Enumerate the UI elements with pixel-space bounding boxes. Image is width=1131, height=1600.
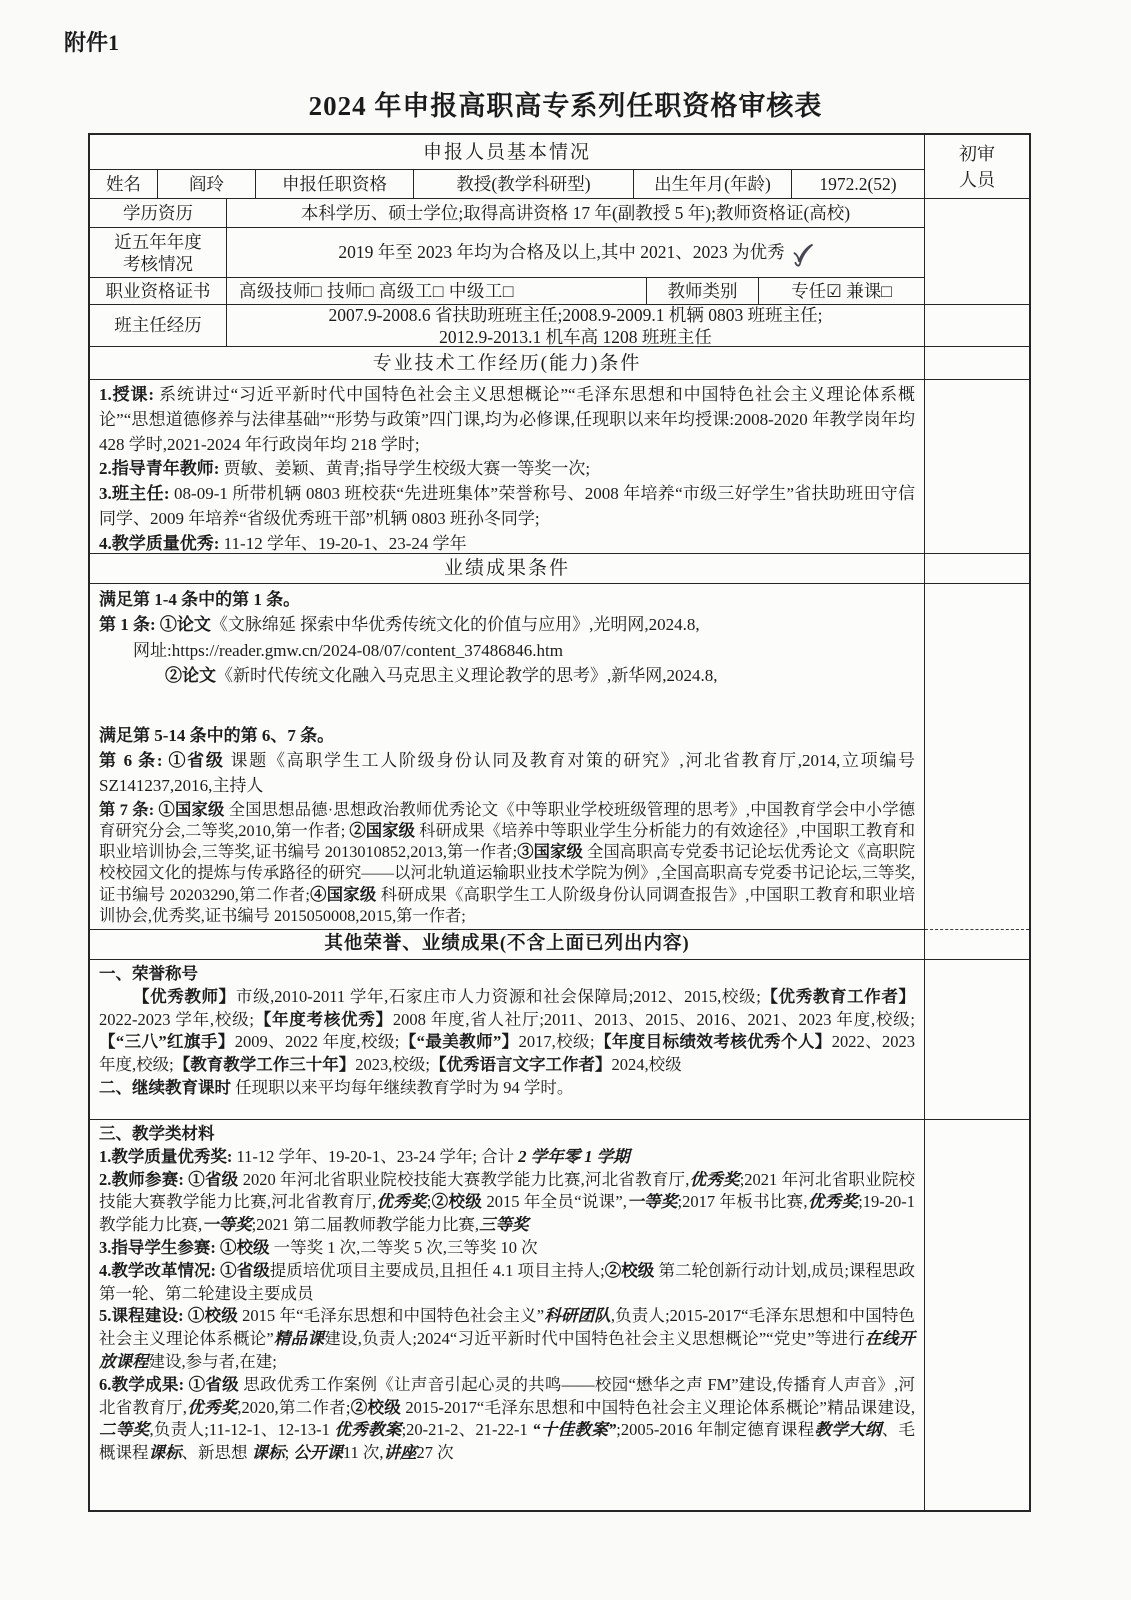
scanned-form-page: 附件1 2024 年申报高职高专系列任职资格审核表 申报人员基本情况 姓名 阎玲… [0, 0, 1131, 1600]
vocational-cert-options: 高级技师□ 技师□ 高级工□ 中级工□ [227, 278, 647, 304]
row-other-header: 其他荣誉、业绩成果(不含上面已列出内容) [90, 930, 924, 960]
row-teaching-materials-content: 三、教学类材料1.教学质量优秀奖: 11-12 学年、19-20-1、23-24… [90, 1120, 924, 1510]
teaching-materials-content: 三、教学类材料1.教学质量优秀奖: 11-12 学年、19-20-1、23-24… [90, 1120, 924, 1510]
paragraph: ②论文《新时代传统文化融入马克思主义理论教学的思考》,新华网,2024.8, [99, 663, 915, 688]
assessment-label: 近五年年度 考核情况 [90, 228, 227, 277]
birth-label: 出生年月(年龄) [634, 170, 792, 198]
qualification-review-table: 申报人员基本情况 姓名 阎玲 申报任职资格 教授(教学科研型) 出生年月(年龄)… [88, 133, 1031, 1512]
education-value: 本科学历、硕士学位;取得高讲资格 17 年(副教授 5 年);教师资格证(高校) [227, 199, 924, 227]
paragraph: 【优秀教师】市级,2010-2011 学年,石家庄市人力资源和社会保障局;201… [99, 986, 915, 1077]
professional-content: 1.授课: 系统讲过“习近平新时代中国特色社会主义思想概论”“毛泽东思想和中国特… [90, 380, 924, 553]
homeroom-value: 2007.9-2008.6 省扶助班班主任;2008.9-2009.1 机辆 0… [227, 305, 924, 346]
paragraph: 3.指导学生参赛: ①校级 一等奖 1 次,二等奖 5 次,三等奖 10 次 [99, 1237, 915, 1260]
homeroom-label: 班主任经历 [90, 305, 227, 346]
paragraph: 3.班主任: 08-09-1 所带机辆 0803 班校获“先进班集体”荣誉称号、… [99, 482, 915, 532]
row-vocational-cert: 职业资格证书 高级技师□ 技师□ 高级工□ 中级工□ 教师类别 专任☑ 兼课□ [90, 278, 924, 305]
row-professional-header: 专业技术工作经历(能力)条件 [90, 347, 924, 380]
paragraph [99, 689, 915, 723]
paragraph: 第 1 条: ①论文《文脉绵延 探索中华优秀传统文化的价值与应用》,光明网,20… [99, 612, 915, 637]
paragraph: 4.教学改革情况: ①省级提质培优项目主要成员,且担任 4.1 项目主持人;②校… [99, 1260, 915, 1306]
handwritten-check-icon [789, 239, 814, 275]
table-main-column: 申报人员基本情况 姓名 阎玲 申报任职资格 教授(教学科研型) 出生年月(年龄)… [90, 135, 924, 1510]
attachment-label: 附件1 [64, 26, 119, 57]
paragraph: 1.教学质量优秀奖: 11-12 学年、19-20-1、23-24 学年; 合计… [99, 1146, 915, 1169]
education-label: 学历资历 [90, 199, 227, 227]
professional-section-title: 专业技术工作经历(能力)条件 [90, 347, 924, 379]
review-empty-cell-7 [925, 930, 1029, 960]
other-section-title: 其他荣誉、业绩成果(不含上面已列出内容) [90, 930, 924, 959]
row-education: 学历资历 本科学历、硕士学位;取得高讲资格 17 年(副教授 5 年);教师资格… [90, 199, 924, 228]
honors-content: 一、荣誉称号【优秀教师】市级,2010-2011 学年,石家庄市人力资源和社会保… [90, 960, 924, 1119]
paragraph: 第 7 条: ①国家级 全国思想品德·思想政治教师优秀论文《中等职业学校班级管理… [99, 799, 915, 926]
paragraph: 一、荣誉称号 [99, 963, 915, 986]
paragraph: 满足第 1-4 条中的第 1 条。 [99, 587, 915, 612]
paragraph: 5.课程建设: ①校级 2015 年“毛泽东思想和中国特色社会主义”科研团队,负… [99, 1305, 915, 1373]
paragraph: 网址:https://reader.gmw.cn/2024-08/07/cont… [99, 638, 915, 663]
paragraph: 1.授课: 系统讲过“习近平新时代中国特色社会主义思想概论”“毛泽东思想和中国特… [99, 383, 915, 457]
page-title: 2024 年申报高职高专系列任职资格审核表 [0, 84, 1131, 123]
post-label: 申报任职资格 [256, 170, 414, 198]
teacher-type-value: 专任☑ 兼课□ [759, 278, 924, 304]
review-empty-cell-9 [925, 1120, 1029, 1510]
vocational-cert-label: 职业资格证书 [90, 278, 227, 304]
row-assessment: 近五年年度 考核情况 2019 年至 2023 年均为合格及以上,其中 2021… [90, 228, 924, 278]
birth-value: 1972.2(52) [792, 170, 924, 198]
paragraph: 满足第 5-14 条中的第 6、7 条。 [99, 723, 915, 748]
review-empty-cell-1 [925, 199, 1029, 305]
review-empty-cell-5 [925, 554, 1029, 584]
paragraph: 6.教学成果: ①省级 思政优秀工作案例《让声音引起心灵的共鸣——校园“懋华之声… [99, 1374, 915, 1465]
post-value: 教授(教学科研型) [414, 170, 634, 198]
paragraph: 第 6 条: ①省级 课题《高职学生工人阶级身份认同及教育对策的研究》,河北省教… [99, 748, 915, 799]
name-value: 阎玲 [158, 170, 256, 198]
teacher-type-label: 教师类别 [647, 278, 759, 304]
row-homeroom: 班主任经历 2007.9-2008.6 省扶助班班主任;2008.9-2009.… [90, 305, 924, 347]
basic-info-section-title: 申报人员基本情况 [90, 135, 924, 169]
row-basic-info-header: 申报人员基本情况 [90, 135, 924, 170]
row-professional-content: 1.授课: 系统讲过“习近平新时代中国特色社会主义思想概论”“毛泽东思想和中国特… [90, 380, 924, 554]
row-honors-content: 一、荣誉称号【优秀教师】市级,2010-2011 学年,石家庄市人力资源和社会保… [90, 960, 924, 1120]
paragraph: 三、教学类材料 [99, 1123, 915, 1146]
reviewer-header-cell: 初审 人员 [925, 135, 1029, 199]
name-label: 姓名 [90, 170, 158, 198]
achievement-content: 满足第 1-4 条中的第 1 条。第 1 条: ①论文《文脉绵延 探索中华优秀传… [90, 584, 924, 929]
review-empty-cell-4 [925, 380, 1029, 554]
review-empty-cell-2 [925, 305, 1029, 347]
review-empty-cell-6 [925, 584, 1029, 930]
row-achievement-content: 满足第 1-4 条中的第 1 条。第 1 条: ①论文《文脉绵延 探索中华优秀传… [90, 584, 924, 930]
paragraph: 4.教学质量优秀: 11-12 学年、19-20-1、23-24 学年 [99, 532, 915, 553]
paragraph: 二、继续教育课时 任现职以来平均每年继续教育学时为 94 学时。 [99, 1077, 915, 1100]
assessment-value: 2019 年至 2023 年均为合格及以上,其中 2021、2023 为优秀 [227, 228, 924, 277]
row-name-post-birth: 姓名 阎玲 申报任职资格 教授(教学科研型) 出生年月(年龄) 1972.2(5… [90, 170, 924, 199]
row-achievement-header: 业绩成果条件 [90, 554, 924, 584]
achievement-section-title: 业绩成果条件 [90, 554, 924, 583]
paragraph: 2.教师参赛: ①省级 2020 年河北省职业院校技能大赛教学能力比赛,河北省教… [99, 1169, 915, 1237]
paragraph: 2.指导青年教师: 贾敏、姜颖、黄青;指导学生校级大赛一等奖一次; [99, 457, 915, 482]
review-empty-cell-3 [925, 347, 1029, 380]
review-column: 初审 人员 [924, 135, 1029, 1510]
review-empty-cell-8 [925, 960, 1029, 1120]
